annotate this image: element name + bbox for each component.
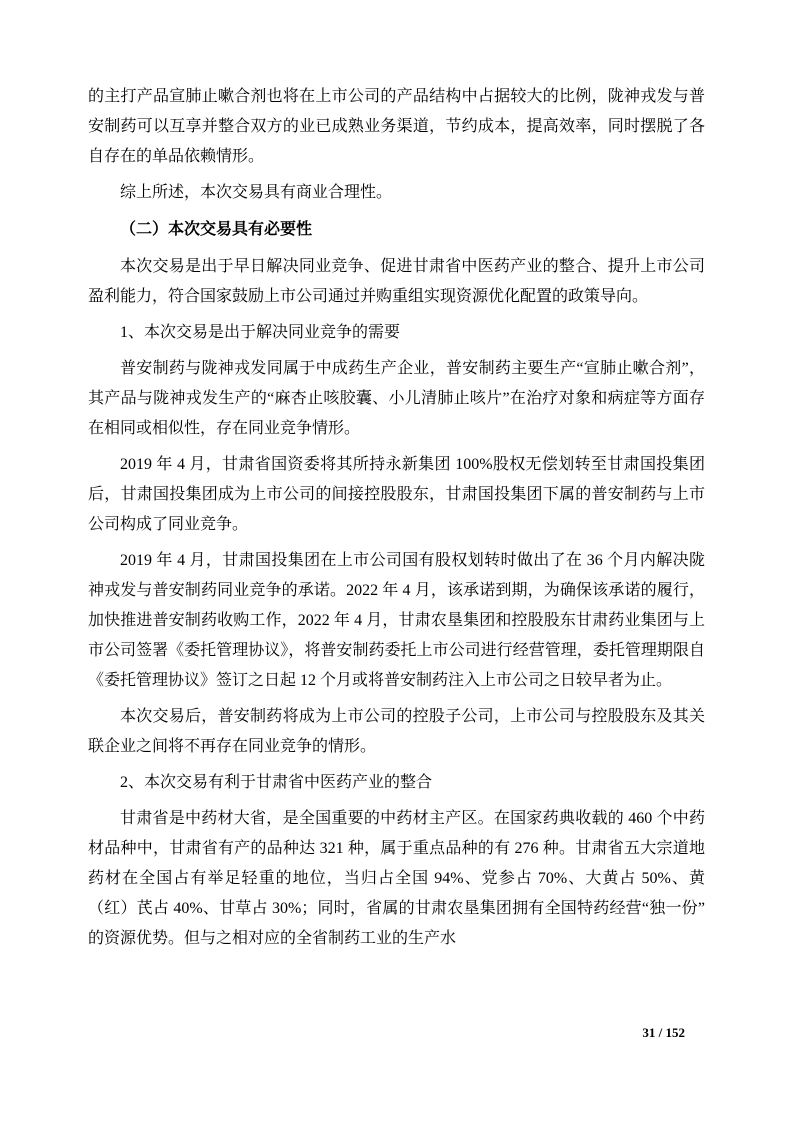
section-heading: （二）本次交易具有必要性 — [88, 215, 705, 245]
paragraph-necessity-intro: 本次交易是出于早日解决同业竞争、促进甘肃省中医药产业的整合、提升上市公司盈利能力… — [88, 252, 705, 312]
paragraph-commitment: 2019 年 4 月，甘肃国投集团在上市公司国有股权划转时做出了在 36 个月内… — [88, 546, 705, 696]
document-page: 的主打产品宣肺止嗽合剂也将在上市公司的产品结构中占据较大的比例，陇神戎发与普安制… — [0, 0, 793, 1122]
paragraph-2019-transfer: 2019 年 4 月，甘肃省国资委将其所持永新集团 100%股权无偿划转至甘肃国… — [88, 450, 705, 540]
subsection-title-1: 1、本次交易是出于解决同业竞争的需要 — [88, 318, 705, 348]
page-number: 31 / 152 — [642, 1024, 685, 1042]
paragraph-gansu-medicine: 甘肃省是中药材大省，是全国重要的中药材主产区。在国家药典收载的 460 个中药材… — [88, 804, 705, 954]
subsection-title-2: 2、本次交易有利于甘肃省中医药产业的整合 — [88, 768, 705, 798]
document-body: 的主打产品宣肺止嗽合剂也将在上市公司的产品结构中占据较大的比例，陇神戎发与普安制… — [88, 82, 705, 960]
paragraph-after-transaction: 本次交易后，普安制药将成为上市公司的控股子公司，上市公司与控股股东及其关联企业之… — [88, 702, 705, 762]
paragraph-continuation: 的主打产品宣肺止嗽合剂也将在上市公司的产品结构中占据较大的比例，陇神戎发与普安制… — [88, 82, 705, 172]
paragraph-conclusion: 综上所述，本次交易具有商业合理性。 — [88, 178, 705, 208]
paragraph-competition-overlap: 普安制药与陇神戎发同属于中成药生产企业，普安制药主要生产“宣肺止嗽合剂”，其产品… — [88, 354, 705, 444]
